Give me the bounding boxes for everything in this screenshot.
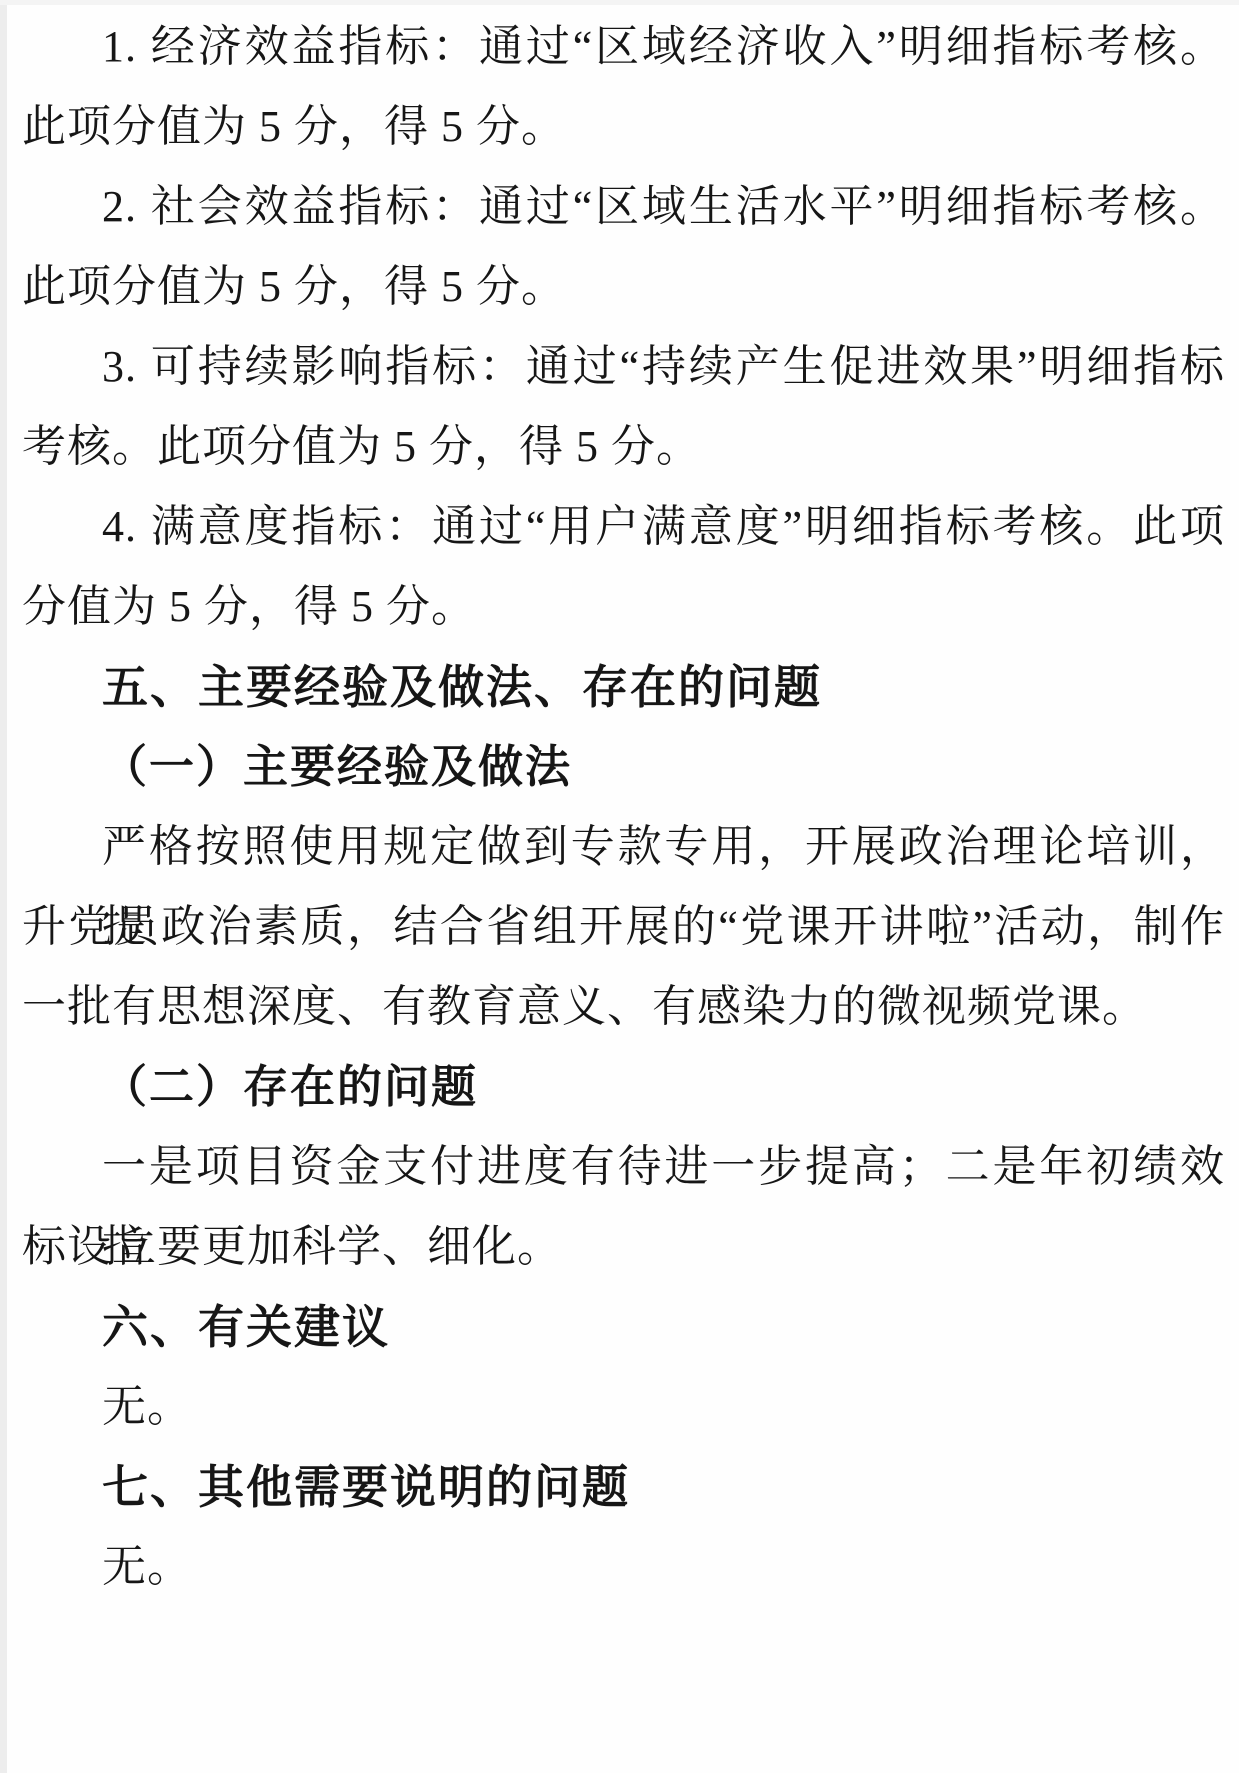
para-sustainable-indicator-line1: 3. 可持续影响指标：通过“持续产生促进效果”明细指标 [22,327,1225,407]
para-social-indicator-line1: 2. 社会效益指标：通过“区域生活水平”明细指标考核。 [22,167,1225,247]
para-experience-line3: 一批有思想深度、有教育意义、有感染力的微视频党课。 [22,967,1225,1047]
para-suggestions-none: 无。 [22,1367,1225,1447]
para-experience-line1: 严格按照使用规定做到专款专用，开展政治理论培训，提 [22,807,1225,887]
heading-section-seven: 七、其他需要说明的问题 [22,1447,1225,1527]
para-other-issues-none: 无。 [22,1527,1225,1607]
para-satisfaction-indicator-line1: 4. 满意度指标：通过“用户满意度”明细指标考核。此项 [22,487,1225,567]
para-social-indicator-line2: 此项分值为 5 分，得 5 分。 [22,247,1225,327]
subheading-five-two: （二）存在的问题 [22,1047,1225,1127]
para-problems-line1: 一是项目资金支付进度有待进一步提高；二是年初绩效指 [22,1127,1225,1207]
scan-shadow-top [0,0,1239,5]
scan-shadow-left [0,0,7,1773]
para-satisfaction-indicator-line2: 分值为 5 分，得 5 分。 [22,567,1225,647]
para-experience-line2: 升党员政治素质，结合省组开展的“党课开讲啦”活动，制作 [22,887,1225,967]
heading-section-six: 六、有关建议 [22,1287,1225,1367]
para-problems-line2: 标设立要更加科学、细化。 [22,1207,1225,1287]
para-economic-indicator-line2: 此项分值为 5 分，得 5 分。 [22,87,1225,167]
document-page: 1. 经济效益指标：通过“区域经济收入”明细指标考核。 此项分值为 5 分，得 … [0,0,1239,1773]
heading-section-five: 五、主要经验及做法、存在的问题 [22,647,1225,727]
subheading-five-one: （一）主要经验及做法 [22,727,1225,807]
para-economic-indicator-line1: 1. 经济效益指标：通过“区域经济收入”明细指标考核。 [22,7,1225,87]
para-sustainable-indicator-line2: 考核。此项分值为 5 分，得 5 分。 [22,407,1225,487]
